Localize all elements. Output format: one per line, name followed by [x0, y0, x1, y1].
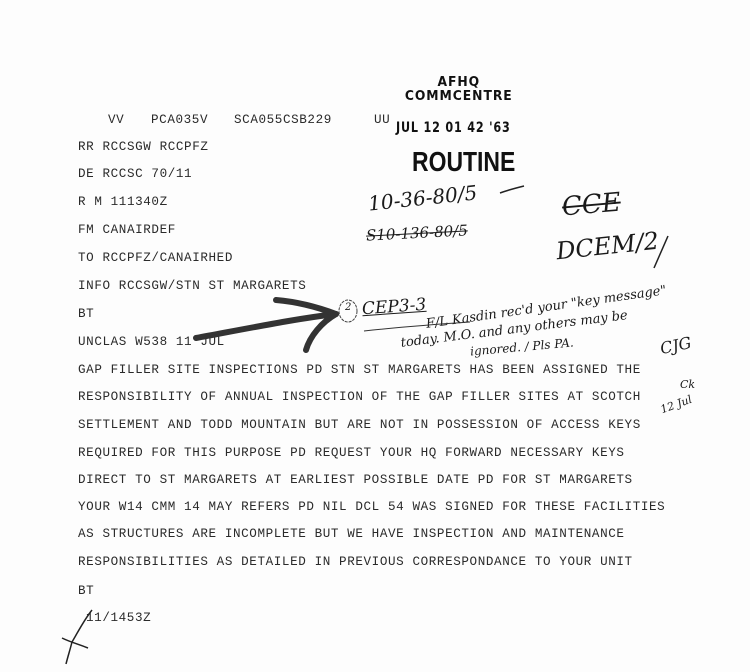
file-number-underline-icon: [500, 186, 524, 193]
underline-mark-icon: [364, 322, 470, 331]
teletype-message-page: VV PCA035V SCA055CSB229 UU AFHQ COMMCENT…: [0, 0, 750, 672]
annotation-marks: [0, 0, 750, 672]
circle-mark-icon: [339, 300, 357, 322]
signature-flourish-icon: [62, 610, 92, 664]
arrow-icon: [196, 300, 336, 350]
dcem-slash-icon: [654, 236, 668, 268]
